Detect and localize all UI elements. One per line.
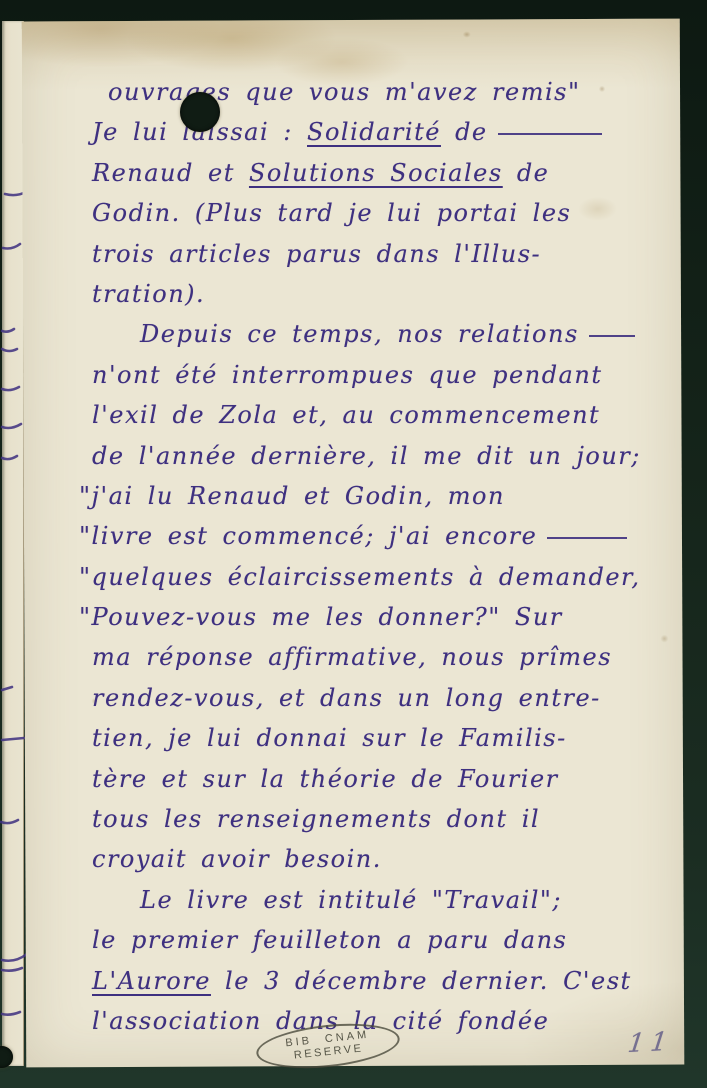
manuscript-line: n'ont été interrompues que pendant (22, 355, 682, 395)
manuscript-line: de l'année dernière, il me dit un jour; (22, 436, 682, 476)
manuscript-line: ouvrages que vous m'avez remis" (22, 72, 682, 112)
manuscript-line: tration). (22, 274, 682, 314)
manuscript-line: "j'ai lu Renaud et Godin, mon (22, 476, 682, 516)
underlined-title: Solutions Sociales (249, 159, 503, 187)
underlined-title: L'Aurore (92, 967, 211, 995)
manuscript-line: "livre est commencé; j'ai encore (22, 516, 682, 556)
page-number: 11 (626, 1027, 675, 1059)
manuscript-line: Renaud et Solutions Sociales de (22, 153, 682, 193)
manuscript-line: "quelques éclaircissements à demander, (22, 557, 682, 597)
manuscript-line: "Pouvez-vous me les donner?" Sur (22, 597, 682, 637)
scanned-letter-photo: ouvrages que vous m'avez remis" Je lui l… (0, 0, 707, 1088)
manuscript-line: L'Aurore le 3 décembre dernier. C'est (22, 961, 682, 1001)
manuscript-line: Je lui laissai : Solidarité de (22, 112, 682, 152)
manuscript-text: ouvrages que vous m'avez remis" Je lui l… (22, 72, 682, 1041)
manuscript-line: le premier feuilleton a paru dans (22, 920, 682, 960)
manuscript-line: Depuis ce temps, nos relations (22, 314, 682, 354)
manuscript-line: rendez-vous, et dans un long entre- (22, 678, 682, 718)
manuscript-line: l'exil de Zola et, au commencement (22, 395, 682, 435)
manuscript-line: tien, je lui donnai sur le Familis- (22, 718, 682, 758)
manuscript-line: tère et sur la théorie de Fourier (22, 759, 682, 799)
pen-flourish (498, 133, 602, 135)
underlined-title: Solidarité (307, 118, 441, 146)
hole-punch (180, 92, 220, 132)
pen-flourish (547, 537, 627, 539)
pen-flourish (589, 335, 635, 337)
manuscript-line: Godin. (Plus tard je lui portai les (22, 193, 682, 233)
manuscript-line: ma réponse affirmative, nous prîmes (22, 637, 682, 677)
manuscript-line: trois articles parus dans l'Illus- (22, 234, 682, 274)
manuscript-line: tous les renseignements dont il (22, 799, 682, 839)
manuscript-line: croyait avoir besoin. (22, 839, 682, 879)
manuscript-line: Le livre est intitulé "Travail"; (22, 880, 682, 920)
